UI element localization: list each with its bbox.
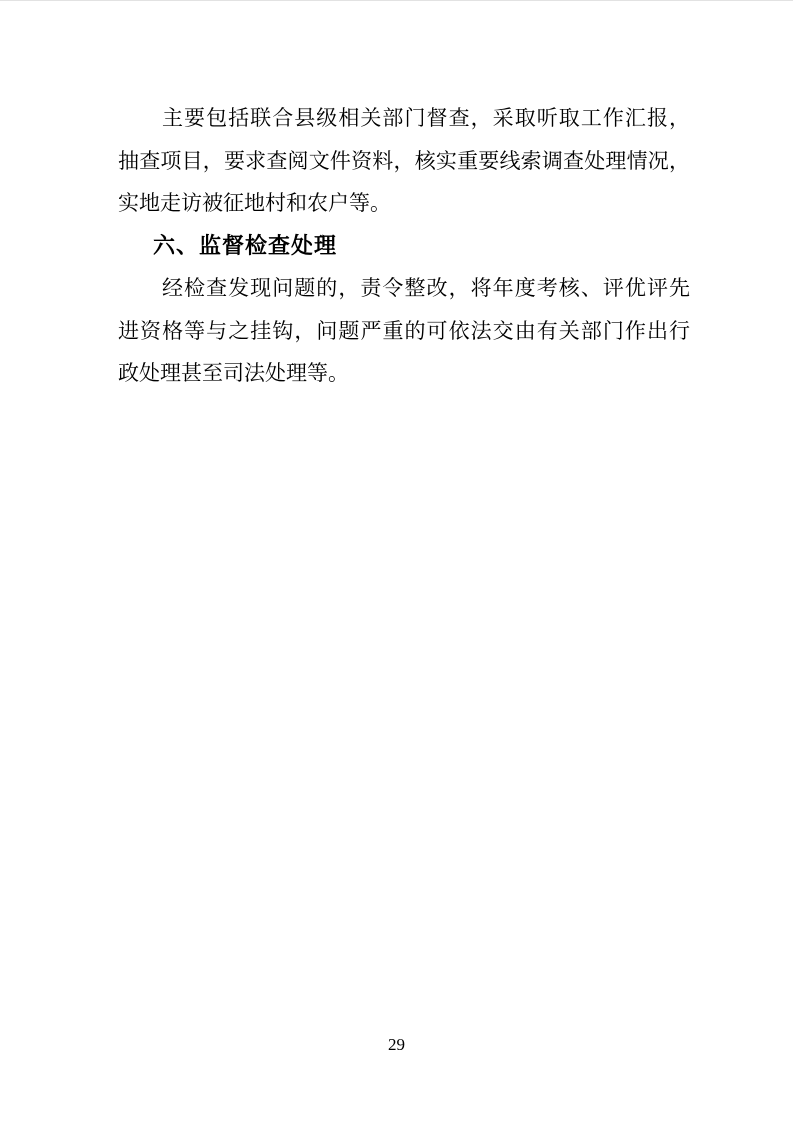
- section-heading: 六、监督检查处理: [118, 225, 690, 268]
- paragraph-2-line-3: 政处理甚至司法处理等。: [118, 352, 690, 395]
- paragraph-1-line-2: 抽查项目，要求查阅文件资料，核实重要线索调查处理情况，: [118, 140, 690, 183]
- paragraph-1-line-1: 主要包括联合县级相关部门督查，采取听取工作汇报，: [118, 97, 690, 140]
- document-page: 主要包括联合县级相关部门督查，采取听取工作汇报， 抽查项目，要求查阅文件资料，核…: [0, 0, 793, 1123]
- page-number: 29: [388, 1035, 405, 1054]
- paragraph-1-line-3: 实地走访被征地村和农户等。: [118, 182, 690, 225]
- paragraph-2-line-2: 进资格等与之挂钩，问题严重的可依法交由有关部门作出行: [118, 310, 690, 353]
- paragraph-2-line-1: 经检查发现问题的，责令整改，将年度考核、评优评先: [118, 267, 690, 310]
- document-body: 主要包括联合县级相关部门督查，采取听取工作汇报， 抽查项目，要求查阅文件资料，核…: [118, 97, 690, 395]
- page-footer: 29: [0, 1035, 793, 1055]
